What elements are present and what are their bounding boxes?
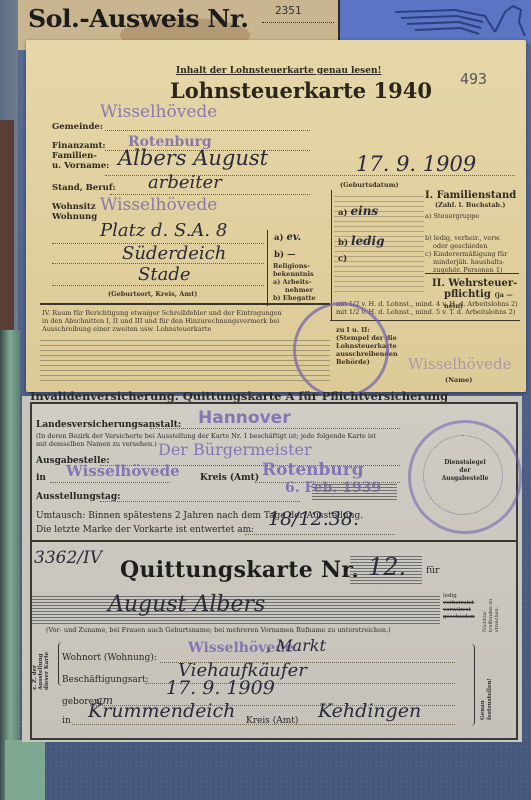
hannover-stamp: Hannover [198,408,291,428]
seal-center-text: Dienstsiegel der Ausgabestelle [411,459,519,483]
gemeinde-label: Gemeinde: [52,122,103,132]
gemeinde-line [105,130,310,131]
quittung-divider [30,540,516,542]
status-geschieden: geschieden [443,614,475,621]
religion-a-value: ev. [287,232,302,243]
section-iv-line-3: Ausschreibung einer zweiten usw. Lohnste… [42,325,327,333]
religion-b-value: — [287,250,296,260]
wisselhoevede-stamp: Wisselhövede [408,355,512,373]
wohnsitz-label-line2: Wohnung [52,212,97,222]
geburtsort-label: in [62,716,71,726]
finanzamt-label: Finanzamt: [52,141,106,151]
entry-b-label: b) [338,238,348,248]
landesversicherung-line [150,428,400,429]
entry-c: c) [338,254,347,264]
religion-heading: Religions- bekenntnis a) Arbeits- nehmer… [273,262,316,302]
status-verheiratet: verheiratet [443,600,475,607]
geburtskreis-handwritten: Kehdingen [318,700,421,722]
invalidenversicherung-label: Invalidenversicherung. Quittungskarte A … [30,389,510,403]
wehrsteuer-title-2-text: pflichtig [444,289,491,300]
card-number: 493 [460,70,487,88]
letzte-marke-text: Die letzte Marke der Vorkarte ist entwer… [36,525,254,535]
beruf-handwritten: arbeiter [148,172,222,193]
seal-center-2: der [411,467,519,475]
birthdate-handwritten: 17. 9. 1909 [356,152,476,176]
seal-center-1: Dienstsiegel [411,459,519,467]
geburtsort-handwritten: Krummendeich [88,700,235,722]
section-iv-line-2: in den Abschnitten I, II und III und für… [42,317,327,325]
reference-number: 3362/IV [34,548,102,568]
geburtsort-handwritten-1: Süderdeich [122,243,226,264]
entry-b-value: ledig [351,234,385,248]
status-options: ledig verheiratet verwitwet geschieden [443,593,475,621]
geboren-handwritten: 17. 9. 1909 [166,677,275,699]
dienstsiegel-stamp: Dienstsiegel der Ausgabestelle [408,420,522,534]
seal-center-3: Ausgabestelle [411,475,519,483]
genau-note-2: festzustellen! [487,678,493,720]
in-line [50,482,170,483]
name-label-line1: Familien- [52,151,109,161]
green-document-edge [0,330,20,800]
status-verwitwet: verwitwet [443,607,475,614]
fuer-label: für [426,566,439,576]
section-divider [425,273,519,274]
holder-name-handwritten: August Albers [108,592,265,617]
wohnort-label: Wohnort (Wohnung): [62,653,157,663]
religion-sub-a-1: a) Arbeits- [273,278,316,286]
entry-a-value: eins [351,204,379,218]
familienstand-subtitle: (Zahl. l. Buchstab.) [425,201,519,209]
gemeinde-stamp: Wisselhövede [100,102,217,122]
religion-sub-a-2: nehmer [273,286,316,294]
religion-sub-b: b) Ehegatte [273,294,316,302]
genau-note-1: Genau [480,700,486,720]
name-handwritten: Albers August [118,146,268,170]
geburtsort-handwritten-2: Stade [138,264,190,285]
entry-a: a) eins [338,204,378,218]
section-iv-lines [40,336,330,384]
entry-b: b) ledig [338,234,384,248]
buergermeister-stamp: Der Bürgermeister [158,440,312,459]
religion-a: a) ev. [274,232,301,243]
green-document-corner [5,740,45,800]
beschaeftigung-label: Beschäftigungsart: [62,675,149,685]
status-ledig: ledig [443,593,475,600]
date-redaction-lines [312,484,397,500]
familienstand-title: I. Familienstand [425,190,519,201]
birthdate-label: (Geburtsdatum) [340,181,399,189]
in-label: in [36,473,46,483]
section-familienstand: I. Familienstand (Zahl. l. Buchstab.) a)… [425,190,519,274]
card-number-handwritten: 12. [368,553,406,581]
wehrsteuer-title-1: II. Wehrsteuer- [432,278,522,289]
genau-note: Genau festzustellen! [480,660,494,720]
quittungskarte-title: Quittungskarte Nr. [120,557,359,583]
entry-a-label: a) [338,208,348,218]
ausweis-title: Sol.-Ausweis Nr. [28,4,249,33]
wohnort-extra: , Markt [266,636,326,655]
name-caption: (Name) [445,376,472,384]
geburtsort-line-2 [52,285,264,286]
wohnsitz-stamp: Wisselhövede [100,195,217,215]
section-iv-text: IV. Raum für Berichtigung etwaiger Schre… [42,309,327,333]
side-label-3: dieser Karte [44,652,50,690]
eagle-emblem-icon [395,2,531,42]
rotenburg-stamp: Rotenburg [262,460,364,480]
geburtsort-line [72,724,455,725]
name-label-line2: u. Vorname: [52,161,109,171]
religion-b-label: b) [274,250,284,260]
wohnung-handwritten: Platz d. S.A. 8 [100,220,227,241]
letzte-marke-date: 18/12.38. [268,508,359,530]
religion-divider [267,230,268,306]
side-label: z. Z. der Ausstellung dieser Karte [32,640,50,690]
kreis-label: Kreis (Amt) [200,473,259,483]
letzte-marke-line [245,534,395,535]
entries-divider [331,190,332,320]
religion-a-label: a) [274,233,284,243]
name-note: (Vor- und Zuname, bei Frauen auch Geburt… [46,626,391,634]
familienstand-c-2: minderjäh. haushalts- [425,258,519,266]
read-carefully-note: Inhalt der Lohnsteuerkarte genau lesen! [176,66,381,76]
religion-heading-1: Religions- [273,262,316,270]
ausstellungstag-line [100,501,300,502]
section-iv-line-1: IV. Raum für Berichtigung etwaiger Schre… [42,309,327,317]
in-stamp: Wisselhövede [66,462,180,480]
wohnsitz-label-line1: Wohnsitz [52,202,97,212]
wohnsitz-label: Wohnsitz Wohnung [52,202,97,222]
ausweis-number-line [262,22,334,23]
steuergruppe-label: a) Steuergruppe [425,212,519,220]
status-note: Nichtzu- treffendes zu streichen. [482,592,500,632]
ausweis-number: 2351 [275,4,302,17]
familienstand-c-1: c) Kinderermäßigung für [425,250,519,258]
religion-b: b) — [274,250,295,260]
right-brace [470,644,475,726]
religion-heading-2: bekenntnis [273,270,316,278]
lohnsteuerkarte-title: Lohnsteuerkarte 1940 [170,78,432,103]
landesversicherung-note-1: (In deren Bezirk der Versicherte bei Aus… [36,432,386,440]
geburtsort-label: (Geburtsort, Kreis, Amt) [108,290,197,298]
familienstand-b-2: oder geschieden [425,242,519,250]
section-iv-top-rule [40,303,330,305]
name-label: Familien- u. Vorname: [52,151,109,171]
brown-booklet-edge [0,120,14,340]
familienstand-b-1: b) ledig, verheir., verw. [425,234,519,242]
beruf-label: Stand, Beruf: [52,183,116,193]
